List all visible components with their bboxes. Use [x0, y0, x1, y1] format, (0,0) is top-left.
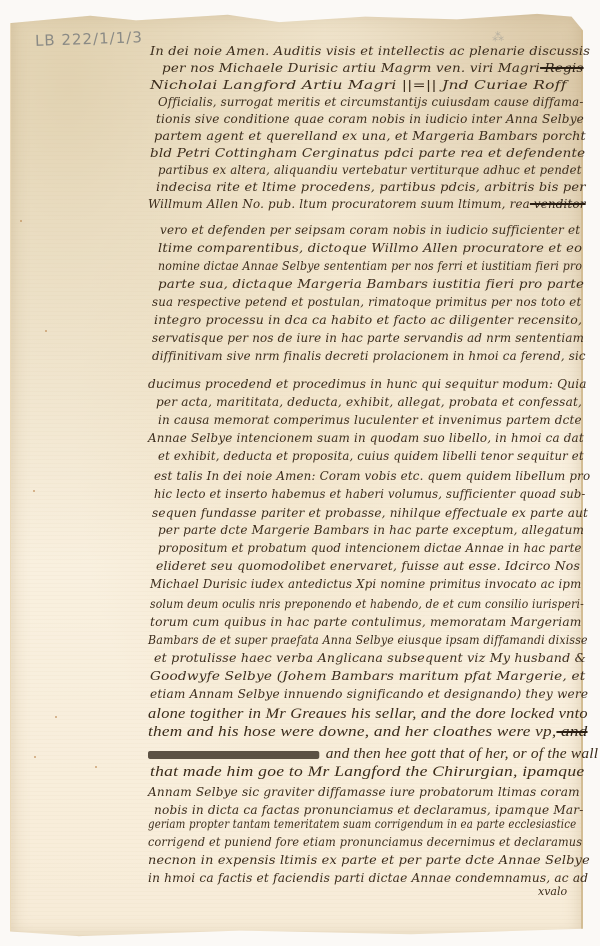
line-text: servatisque per nos de iure in hac parte… — [152, 330, 584, 345]
manuscript-line: per acta, marititata, deducta, exhibit, … — [156, 394, 582, 409]
manuscript-line: nobis in dicta ca factas pronunciamus et… — [154, 802, 584, 817]
line-text: et protulisse haec verba Anglicana subse… — [154, 650, 586, 665]
struck-word: and — [556, 724, 587, 740]
manuscript-line: integro processu in dca ca habito et fac… — [154, 312, 582, 327]
manuscript-line: per parte dcte Margerie Bambars in hac p… — [158, 522, 584, 537]
manuscript-line: sequen fundasse pariter et probasse, nih… — [152, 505, 588, 520]
manuscript-line: ducimus procedend et procedimus in hunc … — [148, 376, 587, 391]
line-text: ltime comparentibus, dictoque Willmo All… — [158, 240, 582, 255]
line-text: Bambars de et super praefata Anna Selbye… — [148, 632, 588, 647]
manuscript-line: vero et defenden per seipsam coram nobis… — [160, 222, 580, 237]
manuscript-line: partibus ex altera, aliquandiu vertebatu… — [158, 162, 582, 177]
line-text: et exhibit, deducta et proposita, cuius … — [158, 448, 584, 463]
line-text: parte sua, dictaque Margeria Bambars ius… — [158, 276, 584, 291]
line-text: hic lecto et inserto habemus et haberi v… — [154, 486, 586, 501]
manuscript-line: servatisque per nos de iure in hac parte… — [152, 330, 584, 345]
manuscript-line: etiam Annam Selbye innuendo significando… — [150, 686, 588, 701]
line-text: per acta, marititata, deducta, exhibit, … — [156, 394, 582, 409]
manuscript-line: Annae Selbye intencionem suam in quodam … — [148, 430, 584, 445]
manuscript-line: propositum et probatum quod intencionem … — [158, 540, 582, 555]
line-text: Annae Selbye intencionem suam in quodam … — [148, 430, 584, 445]
line-text: Nicholai Langford Artiu Magri ||=|| Jnd … — [150, 77, 567, 92]
line-text: torum cum quibus in hac parte contulimus… — [150, 614, 582, 629]
manuscript-line: In dei noie Amen. Auditis visis et intel… — [150, 43, 590, 58]
line-text: partibus ex altera, aliquandiu vertebatu… — [158, 162, 582, 177]
line-text: solum deum oculis nris preponendo et hab… — [150, 596, 584, 611]
manuscript-line: alone togither in Mr Greaues his sellar,… — [148, 706, 588, 723]
manuscript-line: corrigend et puniend fore etiam pronunci… — [148, 834, 582, 849]
manuscript-line: Michael Durisic iudex antedictus Xpi nom… — [150, 576, 581, 591]
line-text: nobis in dicta ca factas pronunciamus et… — [154, 802, 584, 817]
line-text: alone togither in Mr Greaues his sellar,… — [148, 706, 588, 722]
line-text: sequen fundasse pariter et probasse, nih… — [152, 505, 588, 520]
line-text: partem agent et querelland ex una, et Ma… — [154, 128, 586, 143]
line-text: per nos Michaele Durisic artiu Magrm ven… — [162, 60, 540, 75]
line-text: In dei noie Amen. Auditis visis et intel… — [150, 43, 590, 58]
manuscript-line: ltime comparentibus, dictoque Willmo All… — [158, 240, 582, 255]
manuscript-line: them and his hose were downe, and her cl… — [148, 724, 588, 741]
line-text: elideret seu quomodolibet enervaret, fui… — [156, 558, 580, 573]
line-text: nomine dictae Annae Selbye sententiam pe… — [158, 258, 582, 273]
line-text: etiam Annam Selbye innuendo significando… — [150, 686, 588, 701]
manuscript-line: torum cum quibus in hac parte contulimus… — [150, 614, 582, 629]
line-text: and then hee gott that of her, or of the… — [326, 746, 598, 762]
line-text: in hmoi ca factis et faciendis parti dic… — [148, 870, 588, 885]
line-text: in causa memorat comperimus luculenter e… — [158, 412, 582, 427]
manuscript-line: Annam Selbye sic graviter diffamasse iur… — [148, 784, 580, 799]
line-text: bld Petri Cottingham Cerginatus pdci par… — [150, 145, 585, 160]
line-text: tionis sive conditione quae coram nobis … — [156, 111, 584, 126]
manuscript-line: nomine dictae Annae Selbye sententiam pe… — [158, 258, 582, 273]
manuscript-line: diffinitivam sive nrm finalis decreti pr… — [152, 348, 586, 363]
manuscript-line: Goodwyfe Selbye (Johem Bambars maritum p… — [150, 668, 585, 683]
line-text: that made him goe to Mr Langford the Chi… — [150, 764, 584, 780]
manuscript-line: per nos Michaele Durisic artiu Magrm ven… — [162, 60, 584, 75]
line-text: Goodwyfe Selbye (Johem Bambars maritum p… — [150, 668, 585, 683]
line-text: Officialis, surrogat meritis et circumst… — [158, 94, 583, 109]
line-text: vero et defenden per seipsam coram nobis… — [160, 222, 580, 237]
catchword: xvalo — [538, 885, 567, 898]
manuscript-line: Bambars de et super praefata Anna Selbye… — [148, 632, 588, 647]
line-text: corrigend et puniend fore etiam pronunci… — [148, 834, 582, 849]
manuscript-line: et protulisse haec verba Anglicana subse… — [154, 650, 586, 665]
manuscript-line: et exhibit, deducta et proposita, cuius … — [158, 448, 584, 463]
manuscript-line: necnon in expensis ltimis ex parte et pe… — [148, 852, 590, 867]
manuscript-line: geriam propter tantam temeritatem suam c… — [148, 816, 576, 831]
manuscript-line: partem agent et querelland ex una, et Ma… — [154, 128, 586, 143]
line-text: indecisa rite et ltime procedens, partib… — [156, 179, 586, 194]
cancelled-text — [148, 751, 319, 759]
line-text: est talis In dei noie Amen: Coram vobis … — [154, 468, 590, 483]
manuscript-line: that made him goe to Mr Langford the Chi… — [150, 764, 584, 781]
line-text: Michael Durisic iudex antedictus Xpi nom… — [150, 576, 581, 591]
line-text: sua respective petend et postulan, rimat… — [152, 294, 581, 309]
line-text: propositum et probatum quod intencionem … — [158, 540, 582, 555]
line-text: Annam Selbye sic graviter diffamasse iur… — [148, 784, 580, 799]
manuscript-line: in causa memorat comperimus luculenter e… — [158, 412, 582, 427]
line-text: Willmum Allen No. pub. ltum procuratorem… — [148, 196, 530, 211]
manuscript-line: tionis sive conditione quae coram nobis … — [156, 111, 584, 126]
line-text: them and his hose were downe, and her cl… — [148, 724, 556, 740]
manuscript-line: Officialis, surrogat meritis et circumst… — [158, 94, 583, 109]
manuscript-line: hic lecto et inserto habemus et haberi v… — [154, 486, 586, 501]
manuscript-line: bld Petri Cottingham Cerginatus pdci par… — [150, 145, 585, 160]
line-text: geriam propter tantam temeritatem suam c… — [148, 816, 576, 831]
manuscript-line: and then hee gott that of her, or of the… — [148, 746, 598, 763]
manuscript-line: sua respective petend et postulan, rimat… — [152, 294, 581, 309]
manuscript-line: Willmum Allen No. pub. ltum procuratorem… — [148, 196, 586, 211]
manuscript-line: elideret seu quomodolibet enervaret, fui… — [156, 558, 580, 573]
line-text: necnon in expensis ltimis ex parte et pe… — [148, 852, 590, 867]
manuscript-line: Nicholai Langford Artiu Magri ||=|| Jnd … — [150, 77, 567, 92]
manuscript-line: est talis In dei noie Amen: Coram vobis … — [154, 468, 590, 483]
line-text: integro processu in dca ca habito et fac… — [154, 312, 582, 327]
manuscript-line: in hmoi ca factis et faciendis parti dic… — [148, 870, 588, 885]
manuscript-line: indecisa rite et ltime procedens, partib… — [156, 179, 586, 194]
line-text: diffinitivam sive nrm finalis decreti pr… — [152, 348, 586, 363]
manuscript-line: parte sua, dictaque Margeria Bambars ius… — [158, 276, 584, 291]
archive-reference: LB 222/1/1/3 — [35, 28, 143, 50]
struck-word: Regis — [540, 60, 583, 75]
struck-word: venditor — [530, 196, 586, 211]
line-text: per parte dcte Margerie Bambars in hac p… — [158, 522, 584, 537]
manuscript-line: solum deum oculis nris preponendo et hab… — [150, 596, 584, 611]
line-text: ducimus procedend et procedimus in hunc … — [148, 376, 587, 391]
